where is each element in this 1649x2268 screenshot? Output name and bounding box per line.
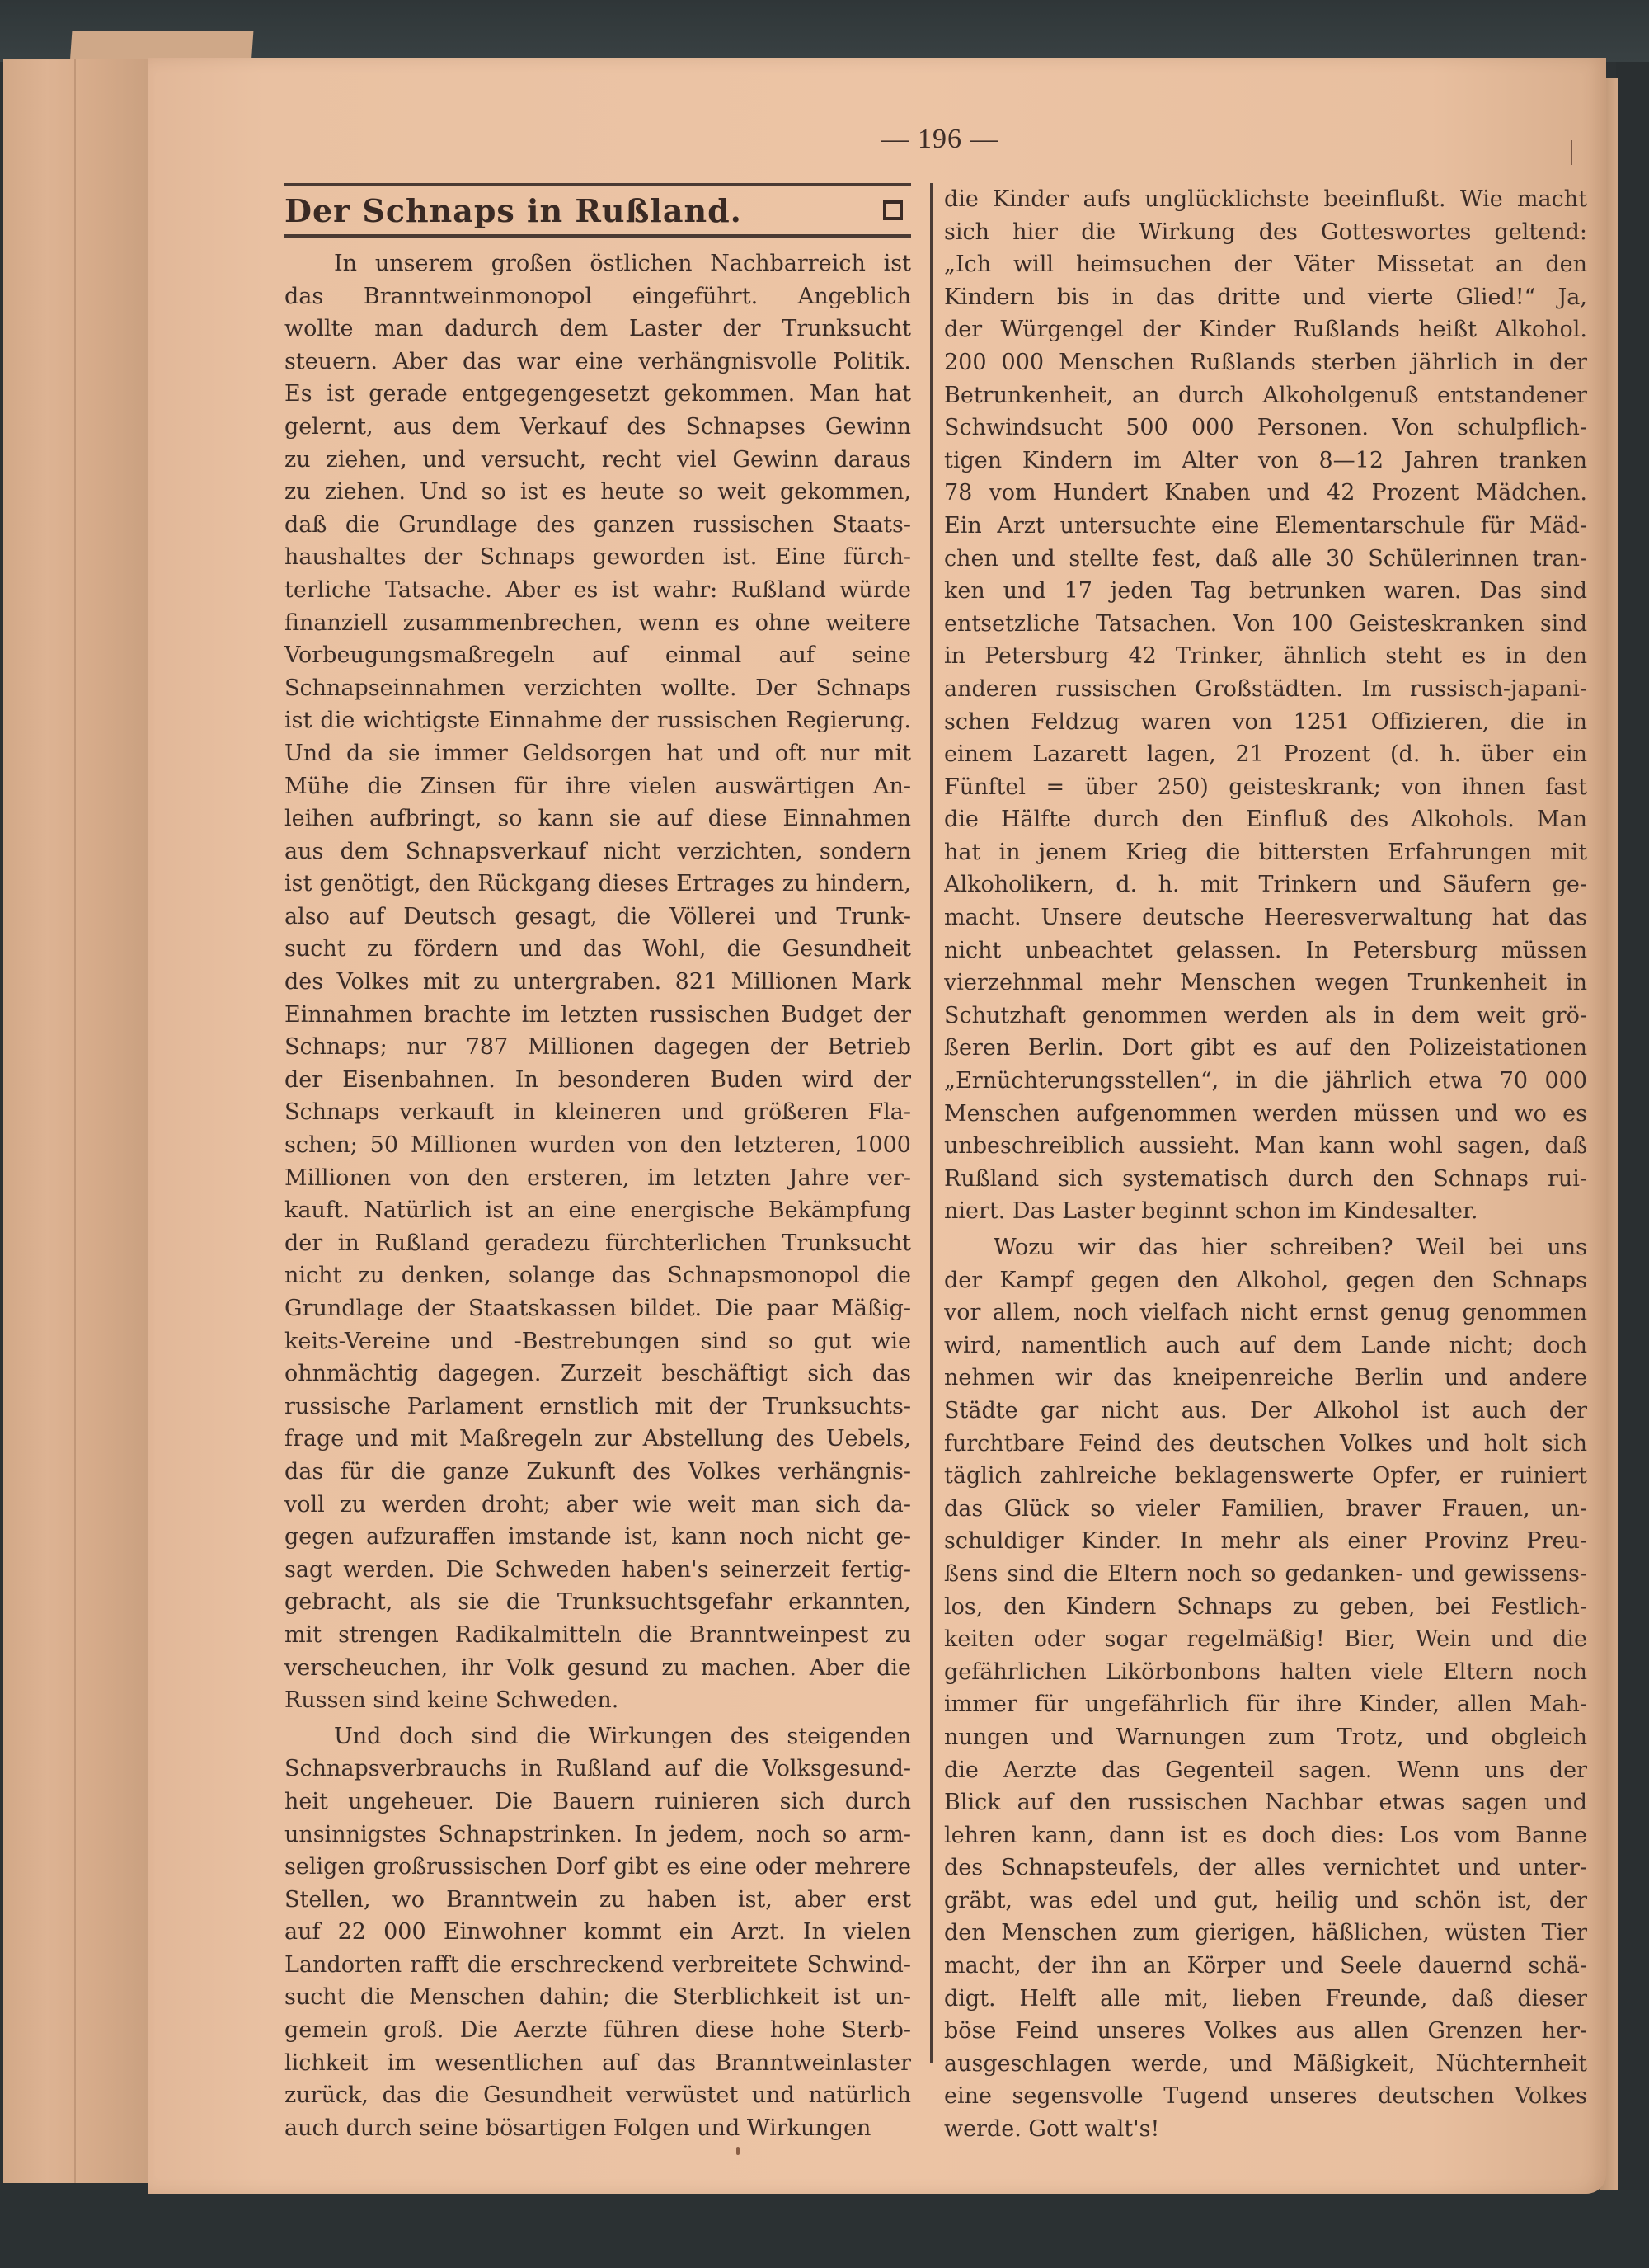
text-line: Ein Arzt untersuchte eine Elementarschul… [944, 510, 1587, 543]
page-number: — 196 — [857, 124, 1022, 155]
text-line: gelernt, aus dem Verkauf des Schnapses G… [284, 411, 911, 444]
text-line: 78 vom Hundert Knaben und 42 Prozent Mäd… [944, 477, 1587, 510]
text-line: leihen aufbringt, so kann sie auf diese … [284, 802, 911, 835]
text-line: sucht die Menschen dahin; die Sterblichk… [284, 1981, 911, 2014]
text-line: Landorten rafft die erschreckend verbrei… [284, 1949, 911, 1982]
text-line: einem Lazarett lagen, 21 Prozent (d. h. … [944, 738, 1587, 771]
text-line: russische Parlament ernstlich mit der Tr… [284, 1390, 911, 1423]
text-line: böse Feind unseres Volkes aus allen Gren… [944, 2015, 1587, 2048]
text-line: Städte gar nicht aus. Der Alkohol ist au… [944, 1395, 1587, 1428]
text-line: in Petersburg 42 Trinker, ähnlich steht … [944, 640, 1587, 673]
text-line: seligen großrussischen Dorf gibt es eine… [284, 1851, 911, 1884]
text-line: schen Feldzug waren von 1251 Offizieren,… [944, 706, 1587, 739]
text-line: unsinnigstes Schnapstrinken. In jedem, n… [284, 1819, 911, 1852]
text-line: unbeschreiblich aussieht. Man kann wohl … [944, 1130, 1587, 1163]
text-line: nicht unbeachtet gelassen. In Petersburg… [944, 934, 1587, 967]
text-line: mit strengen Radikalmitteln die Branntwe… [284, 1619, 911, 1652]
margin-mark [1571, 140, 1572, 165]
book-cover-bottom [0, 2190, 1649, 2268]
text-line: „Ich will heimsuchen der Väter Missetat … [944, 248, 1587, 281]
text-line: nehmen wir das kneipenreiche Berlin und … [944, 1362, 1587, 1395]
text-line: Einnahmen brachte im letzten russischen … [284, 999, 911, 1032]
text-line: auf 22 000 Einwohner kommt ein Arzt. In … [284, 1916, 911, 1949]
left-column-body: In unserem großen östlichen Nachbarreich… [284, 247, 911, 2144]
text-line: zurück, das die Gesundheit verwüstet und… [284, 2079, 911, 2112]
text-line: macht. Unsere deutsche Heeresverwaltung … [944, 901, 1587, 934]
text-line: der Eisenbahnen. In besonderen Buden wir… [284, 1064, 911, 1097]
text-line: daß die Grundlage des ganzen russischen … [284, 509, 911, 542]
text-line: ist die wichtigste Einnahme der russisch… [284, 704, 911, 737]
text-line: die Kinder aufs unglücklichste beeinfluß… [944, 183, 1587, 216]
text-line: terliche Tatsache. Aber es ist wahr: Ruß… [284, 574, 911, 607]
text-line: Rußland sich systematisch durch den Schn… [944, 1163, 1587, 1196]
text-line: wird, namentlich auch auf dem Lande nich… [944, 1329, 1587, 1362]
text-line: das Branntweinmonopol eingeführt. Angebl… [284, 280, 911, 313]
text-line: ßeren Berlin. Dort gibt es auf den Poliz… [944, 1032, 1587, 1065]
text-line: keits-Vereine und -Bestrebungen sind so … [284, 1325, 911, 1358]
text-line: heit ungeheuer. Die Bauern ruinieren sic… [284, 1786, 911, 1819]
text-line: gefährlichen Likörbonbons halten viele E… [944, 1656, 1587, 1689]
text-line: ßens sind die Eltern noch so gedanken- u… [944, 1558, 1587, 1591]
text-line: ist genötigt, den Rückgang dieses Ertrag… [284, 868, 911, 901]
article-title: Der Schnaps in Rußland. [284, 192, 742, 229]
text-line: gegen aufzuraffen imstande ist, kann noc… [284, 1521, 911, 1554]
text-line: entsetzliche Tatsachen. Von 100 Geistesk… [944, 608, 1587, 641]
text-line: ken und 17 jeden Tag betrunken waren. Da… [944, 575, 1587, 608]
text-line: Und doch sind die Wirkungen des steigend… [284, 1720, 911, 1753]
text-line: Schwindsucht 500 000 Personen. Von schul… [944, 412, 1587, 445]
text-line: Mühe die Zinsen für ihre vielen auswärti… [284, 770, 911, 803]
article-title-box: Der Schnaps in Rußland. [284, 183, 911, 238]
text-line: haushaltes der Schnaps geworden ist. Ein… [284, 541, 911, 574]
left-column: Der Schnaps in Rußland. In unserem große… [284, 183, 911, 2144]
text-line: Vorbeugungsmaßregeln auf einmal auf sein… [284, 639, 911, 672]
text-line: ausgeschlagen werde, und Mäßigkeit, Nüch… [944, 2048, 1587, 2081]
text-line: furchtbare Feind des deutschen Volkes un… [944, 1428, 1587, 1461]
text-line: zu ziehen, und versucht, recht viel Gewi… [284, 444, 911, 477]
text-line: gemein groß. Die Aerzte führen diese hoh… [284, 2014, 911, 2047]
text-line: das Glück so vieler Familien, braver Fra… [944, 1493, 1587, 1526]
text-line: lehren kann, dann ist es doch dies: Los … [944, 1819, 1587, 1852]
text-line: Schutzhaft genommen werden als in dem we… [944, 1000, 1587, 1033]
text-line: chen und stellte fest, daß alle 30 Schül… [944, 543, 1587, 576]
text-line: vor allem, noch vielfach nicht ernst gen… [944, 1296, 1587, 1329]
text-line: Es ist gerade entgegengesetzt gekommen. … [284, 378, 911, 411]
text-line: anderen russischen Großstädten. Im russi… [944, 673, 1587, 706]
text-line: Millionen von den ersteren, im letzten J… [284, 1162, 911, 1195]
text-line: In unserem großen östlichen Nachbarreich… [284, 247, 911, 280]
text-line: Russen sind keine Schweden. [284, 1684, 911, 1717]
text-line: Schnaps; nur 787 Millionen dagegen der B… [284, 1031, 911, 1064]
text-line: auch durch seine bösartigen Folgen und W… [284, 2112, 911, 2145]
text-line: tigen Kindern im Alter von 8—12 Jahren t… [944, 445, 1587, 478]
text-line: frage und mit Maßregeln zur Abstellung d… [284, 1423, 911, 1456]
text-line: nungen und Warnungen zum Trotz, und obgl… [944, 1721, 1587, 1754]
text-line: sagt werden. Die Schweden haben's seiner… [284, 1554, 911, 1587]
text-line: sich hier die Wirkung des Gotteswortes g… [944, 216, 1587, 249]
right-column-body: die Kinder aufs unglücklichste beeinfluß… [944, 183, 1587, 2146]
text-line: zu ziehen. Und so ist es heute so weit g… [284, 476, 911, 509]
text-line: 200 000 Menschen Rußlands sterben jährli… [944, 346, 1587, 379]
text-line: Schnaps verkauft in kleineren und größer… [284, 1096, 911, 1129]
paper-speck [736, 2147, 740, 2155]
text-line: eine segensvolle Tugend unseres deutsche… [944, 2080, 1587, 2113]
text-line: den Menschen zum gierigen, häßlichen, wü… [944, 1917, 1587, 1950]
text-line: Betrunkenheit, an durch Alkoholgenuß ent… [944, 379, 1587, 412]
text-line: der in Rußland geradezu fürchterlichen T… [284, 1227, 911, 1260]
text-line: des Volkes mit zu untergraben. 821 Milli… [284, 966, 911, 999]
text-line: „Ernüchterungsstellen“, in die jährlich … [944, 1065, 1587, 1098]
text-line: werde. Gott walt's! [944, 2113, 1587, 2146]
text-line: Schnapsverbrauchs in Rußland auf die Vol… [284, 1753, 911, 1786]
text-line: der Würgengel der Kinder Rußlands heißt … [944, 313, 1587, 346]
text-line: gräbt, was edel und gut, heilig und schö… [944, 1885, 1587, 1917]
text-line: hat in jenem Krieg die bittersten Erfahr… [944, 836, 1587, 869]
text-line: nicht zu denken, solange das Schnapsmono… [284, 1259, 911, 1292]
text-line: vierzehnmal mehr Menschen wegen Trunkenh… [944, 967, 1587, 1000]
text-line: digt. Helft alle mit, lieben Freunde, da… [944, 1983, 1587, 2016]
square-icon [883, 200, 903, 220]
text-line: täglich zahlreiche beklagenswerte Opfer,… [944, 1460, 1587, 1493]
text-line: wollte man dadurch dem Laster der Trunks… [284, 313, 911, 346]
text-line: lichkeit im wesentlichen auf das Branntw… [284, 2047, 911, 2080]
text-line: steuern. Aber das war eine verhängnisvol… [284, 346, 911, 379]
text-line: das für die ganze Zukunft des Volkes ver… [284, 1456, 911, 1489]
text-line: sucht zu fördern und das Wohl, die Gesun… [284, 933, 911, 966]
text-line: Und da sie immer Geldsorgen hat und oft … [284, 737, 911, 770]
text-line: verscheuchen, ihr Volk gesund zu machen.… [284, 1652, 911, 1685]
text-line: niert. Das Laster beginnt schon im Kinde… [944, 1195, 1587, 1228]
text-line: Blick auf den russischen Nachbar etwas s… [944, 1786, 1587, 1819]
text-line: macht, der ihn an Körper und Seele dauer… [944, 1950, 1587, 1983]
text-line: voll zu werden droht; aber wie weit man … [284, 1489, 911, 1522]
text-line: die Hälfte durch den Einfluß des Alkohol… [944, 803, 1587, 836]
text-line: Fünftel = über 250) geisteskrank; von ih… [944, 771, 1587, 804]
text-line: kauft. Natürlich ist an eine energische … [284, 1194, 911, 1227]
right-column: die Kinder aufs unglücklichste beeinfluß… [944, 183, 1587, 2146]
text-line: gebracht, als sie die Trunksuchtsgefahr … [284, 1586, 911, 1619]
text-line: schen; 50 Millionen wurden von den letzt… [284, 1129, 911, 1162]
text-line: Grundlage der Staatskassen bildet. Die p… [284, 1292, 911, 1325]
column-divider [930, 183, 933, 2063]
text-line: der Kampf gegen den Alkohol, gegen den S… [944, 1264, 1587, 1297]
text-line: also auf Deutsch gesagt, die Völlerei un… [284, 901, 911, 934]
page-stack-left [3, 59, 153, 2183]
text-line: los, den Kindern Schnaps zu geben, bei F… [944, 1591, 1587, 1624]
text-line: des Schnapsteufels, der alles vernichtet… [944, 1852, 1587, 1885]
text-line: ohnmächtig dagegen. Zurzeit beschäftigt … [284, 1358, 911, 1390]
text-line: aus dem Schnapsverkauf nicht verzichten,… [284, 835, 911, 868]
text-line: die Aerzte das Gegenteil sagen. Wenn uns… [944, 1754, 1587, 1787]
text-line: immer für ungefährlich für ihre Kinder, … [944, 1688, 1587, 1721]
text-line: Schnapseinnahmen verzichten wollte. Der … [284, 672, 911, 705]
text-line: keiten oder sogar regelmäßig! Bier, Wein… [944, 1623, 1587, 1656]
text-line: Stellen, wo Branntwein zu haben ist, abe… [284, 1884, 911, 1917]
text-line: Menschen aufgenommen werden müssen und w… [944, 1098, 1587, 1131]
text-line: schuldiger Kinder. In mehr als einer Pro… [944, 1525, 1587, 1558]
text-line: finanziell zusammenbrechen, wenn es ohne… [284, 607, 911, 640]
text-line: Kindern bis in das dritte und vierte Gli… [944, 281, 1587, 314]
text-line: Alkoholikern, d. h. mit Trinkern und Säu… [944, 868, 1587, 901]
text-line: Wozu wir das hier schreiben? Weil bei un… [944, 1231, 1587, 1264]
book-cover-right [1616, 62, 1649, 2206]
